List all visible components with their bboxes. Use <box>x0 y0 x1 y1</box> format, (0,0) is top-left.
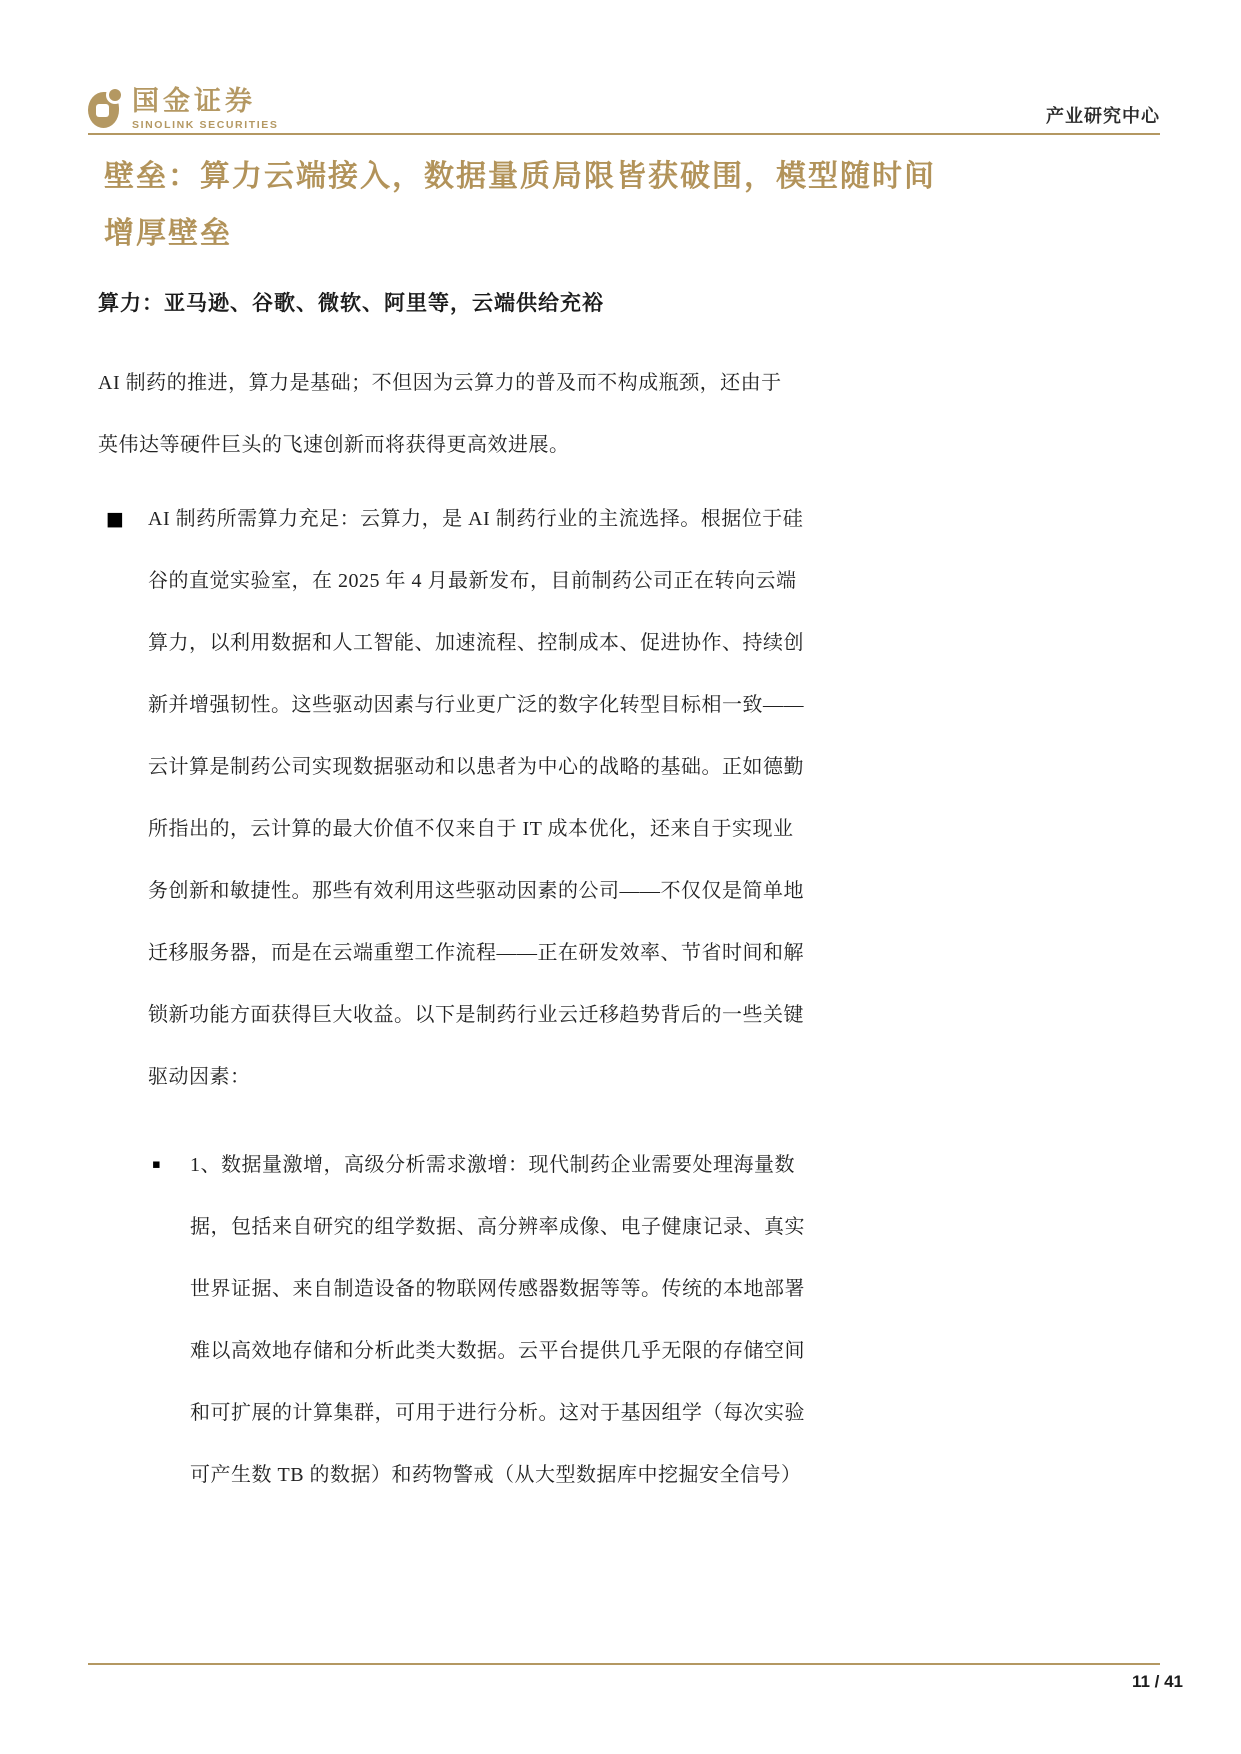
sub-bullet-text: 1、数据量激增，高级分析需求激增：现代制药企业需要处理海量数 据，包括来自研究的… <box>190 1134 1157 1506</box>
sub-bullet-line: 1、数据量激增，高级分析需求激增：现代制药企业需要处理海量数 <box>190 1134 1157 1196</box>
footer-divider-rule <box>88 1663 1160 1665</box>
square-bullet-icon: ■ <box>106 488 148 550</box>
sub-bullet-line: 据，包括来自研究的组学数据、高分辨率成像、电子健康记录、真实 <box>190 1196 1157 1258</box>
header-divider-rule <box>88 133 1160 135</box>
logo-text: 国金证券 SINOLINK SECURITIES <box>132 88 279 131</box>
section-title-line: 壁垒：算力云端接入，数据量质局限皆获破围，模型随时间 <box>104 148 1157 205</box>
bullet-line: 算力，以利用数据和人工智能、加速流程、控制成本、促进协作、持续创 <box>148 612 1157 674</box>
intro-line: 英伟达等硬件巨头的飞速创新而将获得更高效进展。 <box>98 414 1157 476</box>
section-title: 壁垒：算力云端接入，数据量质局限皆获破围，模型随时间 增厚壁垒 <box>98 148 1157 262</box>
intro-line: AI 制药的推进，算力是基础；不但因为云算力的普及而不构成瓶颈，还由于 <box>98 352 1157 414</box>
small-square-bullet-icon: ▪ <box>152 1134 190 1196</box>
bullet-line: 新并增强韧性。这些驱动因素与行业更广泛的数字化转型目标相一致—— <box>148 674 1157 736</box>
page-header: 国金证券 SINOLINK SECURITIES 产业研究中心 <box>88 78 1160 130</box>
logo-en-name: SINOLINK SECURITIES <box>132 120 279 131</box>
section-title-line: 增厚壁垒 <box>104 205 1157 262</box>
report-page: 国金证券 SINOLINK SECURITIES 产业研究中心 壁垒：算力云端接… <box>0 0 1241 1754</box>
bullet-text: AI 制药所需算力充足：云算力，是 AI 制药行业的主流选择。根据位于硅 谷的直… <box>148 488 1157 1108</box>
logo-cn-name: 国金证券 <box>132 88 279 115</box>
logo-square-cutout <box>96 104 109 117</box>
sub-bullet-line: 可产生数 TB 的数据）和药物警戒（从大型数据库中挖掘安全信号） <box>190 1444 1157 1506</box>
bullet-line: 驱动因素： <box>148 1046 1157 1108</box>
bullet-marker-col: ■ <box>98 488 148 1108</box>
sinolink-logo-icon <box>88 89 121 129</box>
page-content: 壁垒：算力云端接入，数据量质局限皆获破围，模型随时间 增厚壁垒 算力：亚马逊、谷… <box>98 148 1157 1506</box>
sub-bullet-item: ▪ 1、数据量激增，高级分析需求激增：现代制药企业需要处理海量数 据，包括来自研… <box>98 1134 1157 1506</box>
page-number: 11 / 41 <box>1132 1672 1183 1692</box>
bullet-line: 迁移服务器，而是在云端重塑工作流程——正在研发效率、节省时间和解 <box>148 922 1157 984</box>
sub-bullet-line: 世界证据、来自制造设备的物联网传感器数据等等。传统的本地部署 <box>190 1258 1157 1320</box>
bullet-item: ■ AI 制药所需算力充足：云算力，是 AI 制药行业的主流选择。根据位于硅 谷… <box>98 488 1157 1108</box>
sinolink-logo: 国金证券 SINOLINK SECURITIES <box>88 88 279 131</box>
sub-bullet-marker-col: ▪ <box>152 1134 190 1506</box>
bullet-line: AI 制药所需算力充足：云算力，是 AI 制药行业的主流选择。根据位于硅 <box>148 488 1157 550</box>
paragraph-intro: AI 制药的推进，算力是基础；不但因为云算力的普及而不构成瓶颈，还由于 英伟达等… <box>98 352 1157 476</box>
bullet-line: 务创新和敏捷性。那些有效利用这些驱动因素的公司——不仅仅是简单地 <box>148 860 1157 922</box>
bullet-line: 所指出的，云计算的最大价值不仅来自于 IT 成本优化，还来自于实现业 <box>148 798 1157 860</box>
bullet-line: 云计算是制药公司实现数据驱动和以患者为中心的战略的基础。正如德勤 <box>148 736 1157 798</box>
logo-dot-shape <box>109 89 121 101</box>
subsection-title: 算力：亚马逊、谷歌、微软、阿里等，云端供给充裕 <box>98 288 1157 318</box>
bullet-line: 锁新功能方面获得巨大收益。以下是制药行业云迁移趋势背后的一些关键 <box>148 984 1157 1046</box>
header-dept-label: 产业研究中心 <box>1046 102 1160 130</box>
bullet-line: 谷的直觉实验室，在 2025 年 4 月最新发布，目前制药公司正在转向云端 <box>148 550 1157 612</box>
sub-bullet-line: 和可扩展的计算集群，可用于进行分析。这对于基因组学（每次实验 <box>190 1382 1157 1444</box>
sub-bullet-line: 难以高效地存储和分析此类大数据。云平台提供几乎无限的存储空间 <box>190 1320 1157 1382</box>
